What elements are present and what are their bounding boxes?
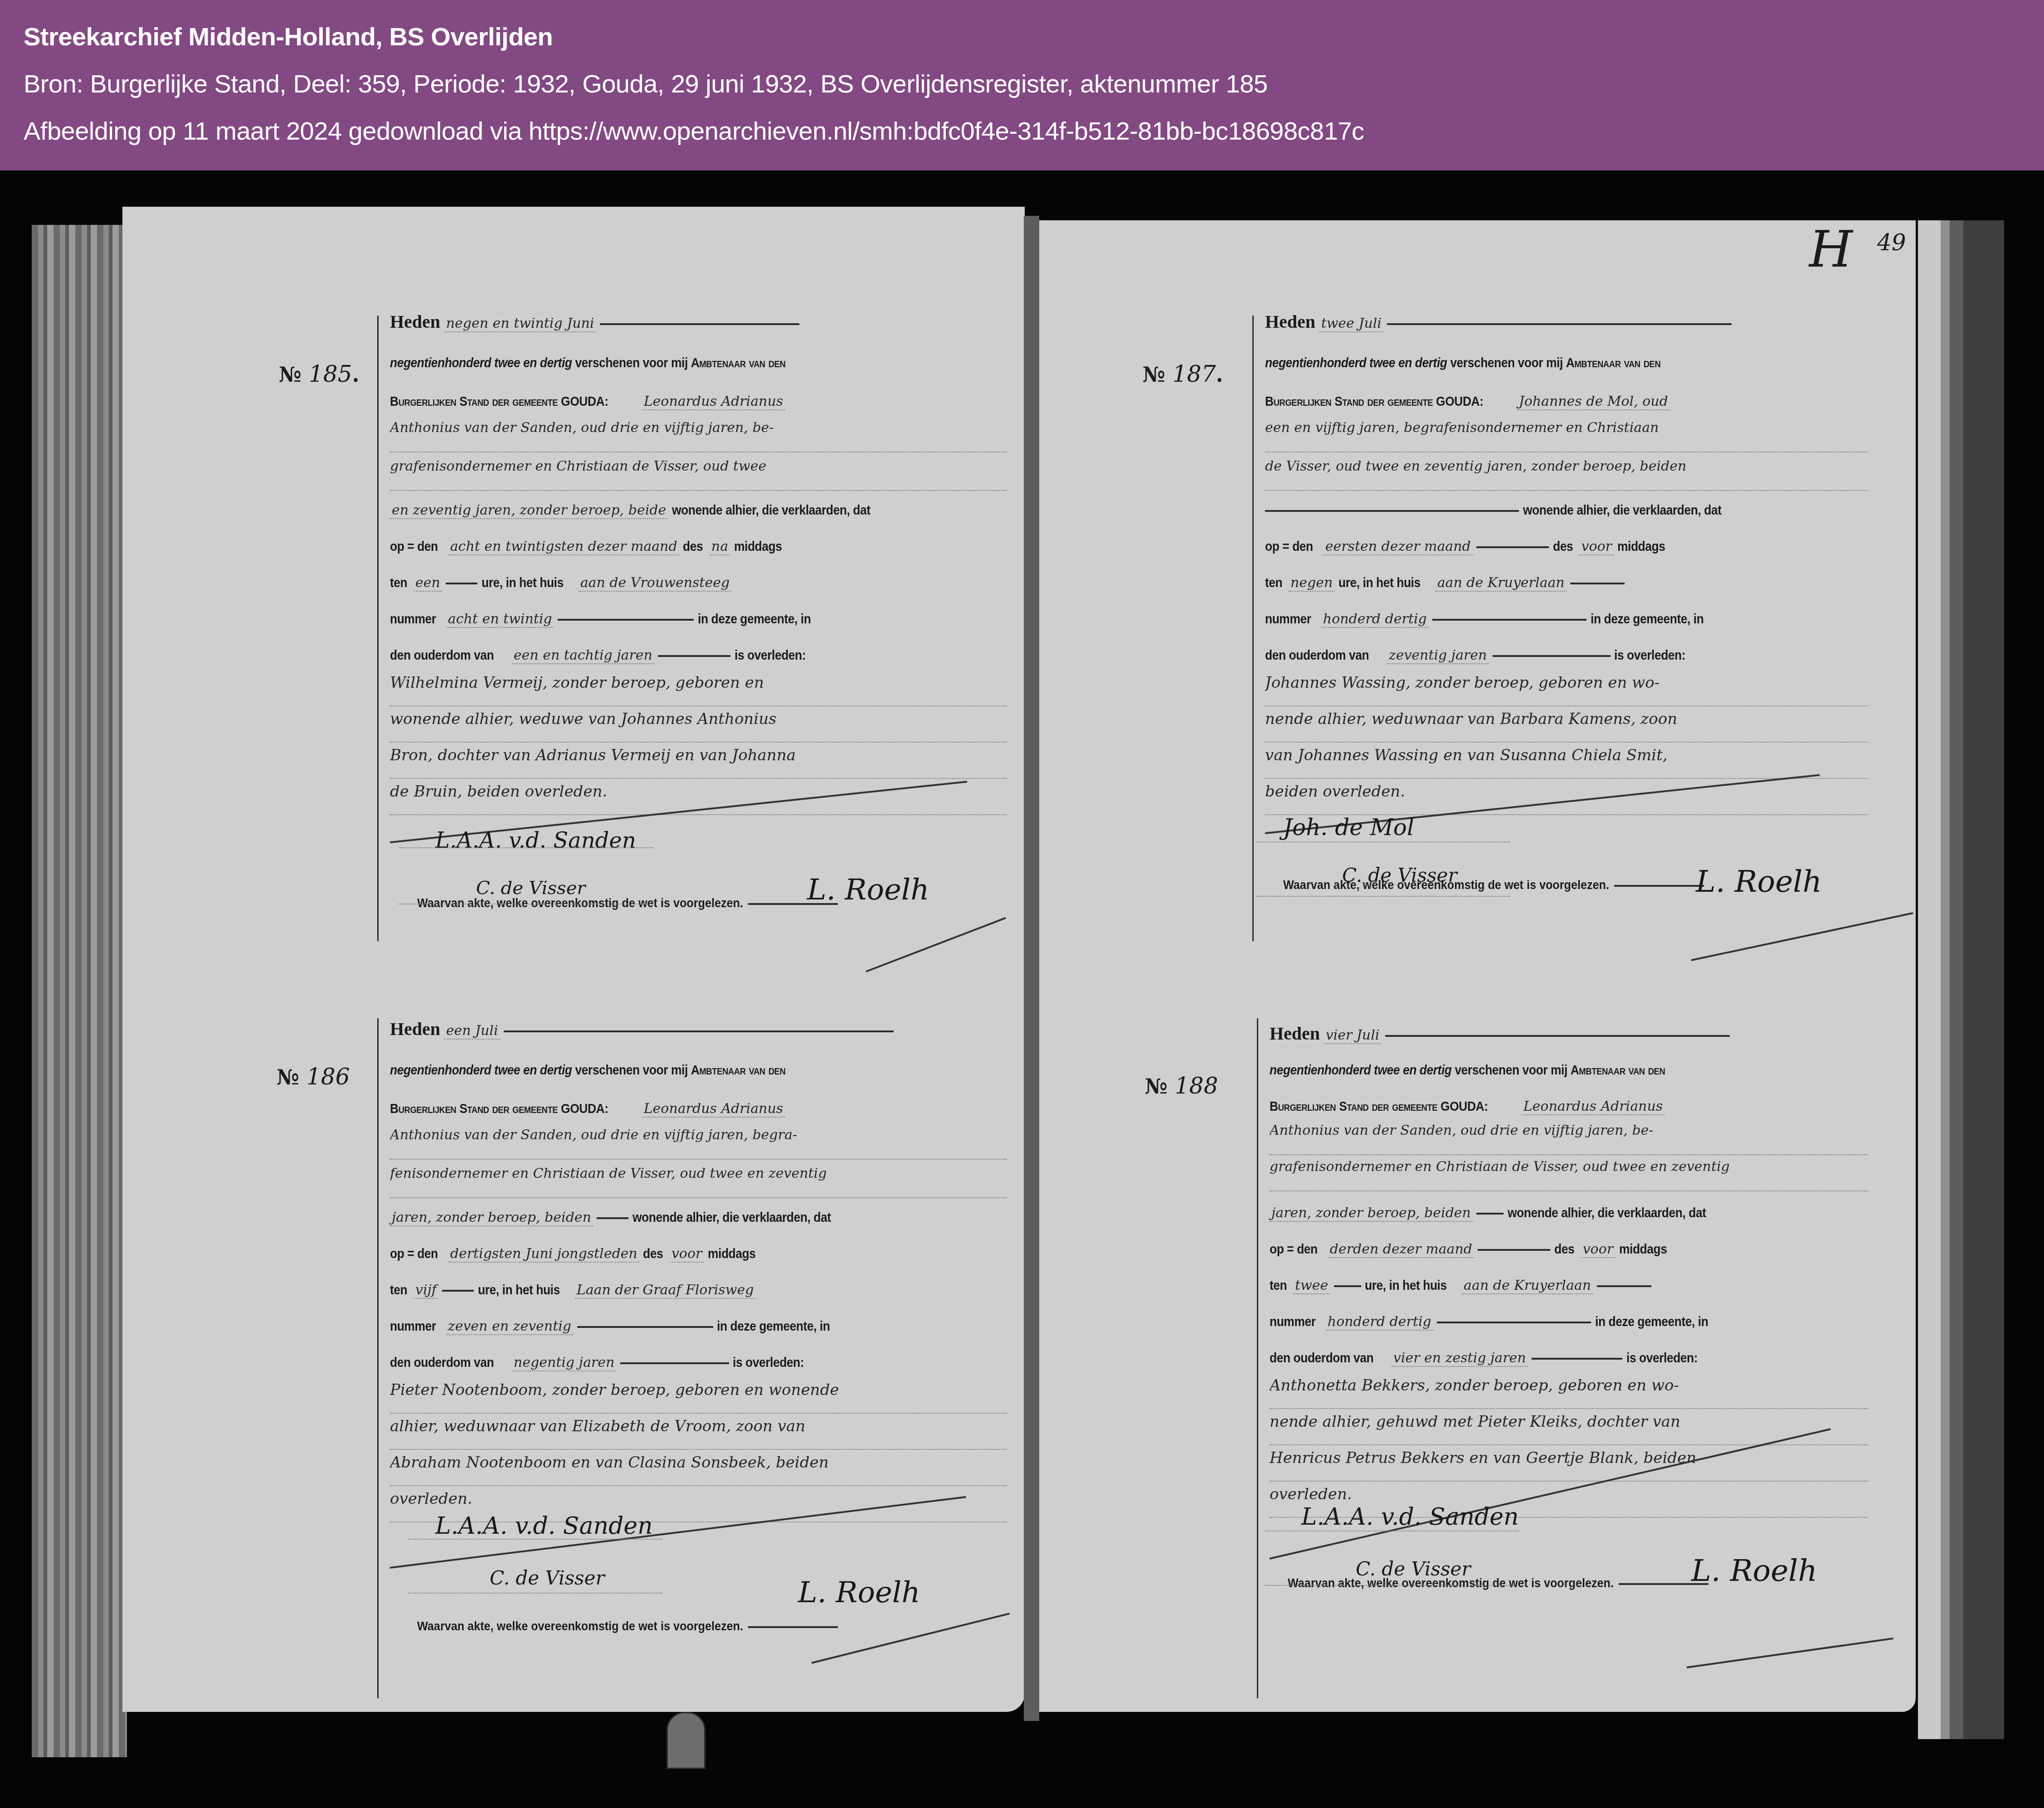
banner-download-link[interactable]: Afbeelding op 11 maart 2024 gedownload v… bbox=[24, 116, 1364, 146]
deceased-text: alhier, weduwnaar van Elizabeth de Vroom… bbox=[390, 1417, 1007, 1450]
declarants-text: de Visser, oud twee en zeventig jaren, z… bbox=[1265, 458, 1868, 491]
death-date-line: op = den acht en twintigsten dezer maand… bbox=[390, 538, 1007, 569]
declarants-text: Anthonius van der Sanden, oud drie en vi… bbox=[1270, 1123, 1868, 1155]
hour-house-line: ten negen ure, in het huis aan de Kruyer… bbox=[1265, 574, 1868, 606]
residence-line: en zeventig jaren, zonder beroep, beide … bbox=[390, 501, 1007, 533]
left-page-edges bbox=[32, 225, 127, 1757]
book-gutter bbox=[1024, 216, 1039, 1721]
declarants-text: grafenisondernemer en Christiaan de Viss… bbox=[390, 458, 1007, 491]
folio-number: 49 bbox=[1877, 229, 1906, 256]
margin-rule bbox=[1252, 316, 1254, 941]
signature-declarant-2: C. de Visser bbox=[1342, 864, 1457, 886]
deceased-text: Bron, dochter van Adrianus Vermeij en va… bbox=[390, 746, 1007, 779]
signature-line bbox=[408, 1539, 662, 1540]
record-number: № 185. bbox=[279, 361, 359, 387]
record-number: № 186 bbox=[277, 1064, 350, 1090]
signature-declarant-2: C. de Visser bbox=[1356, 1558, 1471, 1580]
signature-line bbox=[1265, 1531, 1519, 1531]
closing-formula: Waarvan akte, welke overeenkomstig de we… bbox=[417, 1619, 838, 1633]
deceased-text: van Johannes Wassing en van Susanna Chie… bbox=[1265, 746, 1868, 779]
house-number-line: nummer honderd dertig in deze gemeente, … bbox=[1270, 1313, 1868, 1345]
signature-official: L. Roelh bbox=[1696, 864, 1822, 899]
year-line: negentienhonderd twee en dertig verschen… bbox=[390, 354, 1007, 386]
signature-line bbox=[1265, 1585, 1519, 1586]
house-number-line: nummer zeven en zeventig in deze gemeent… bbox=[390, 1317, 1007, 1349]
declarants-text: Anthonius van der Sanden, oud drie en vi… bbox=[390, 1127, 1007, 1160]
declarants-text: een en vijftig jaren, begrafenisondernem… bbox=[1265, 420, 1868, 452]
signature-declarant-2: C. de Visser bbox=[476, 878, 585, 899]
date-line: Heden twee Juli bbox=[1265, 311, 1868, 343]
archive-banner: Streekarchief Midden-Holland, BS Overlij… bbox=[0, 0, 2044, 170]
hour-house-line: ten vijf ure, in het huis Laan der Graaf… bbox=[390, 1281, 1007, 1313]
deceased-text: Wilhelmina Vermeij, zonder beroep, gebor… bbox=[390, 674, 1007, 706]
record-number: № 187. bbox=[1143, 361, 1223, 387]
bookmark-clip bbox=[667, 1712, 706, 1769]
year-line: negentienhonderd twee en dertig verschen… bbox=[1265, 354, 1868, 386]
hour-house-line: ten een ure, in het huis aan de Vrouwens… bbox=[390, 574, 1007, 606]
margin-rule bbox=[377, 1018, 379, 1698]
record-number: № 188 bbox=[1145, 1073, 1218, 1099]
right-page-edges bbox=[1918, 220, 2004, 1739]
declarants-text: Anthonius van der Sanden, oud drie en vi… bbox=[390, 420, 1007, 452]
death-record-187: № 187. Heden twee Juli negentienhonderd … bbox=[1134, 306, 1873, 941]
deceased-text: beiden overleden. bbox=[1265, 782, 1868, 815]
year-line: negentienhonderd twee en dertig verschen… bbox=[390, 1061, 1007, 1093]
deceased-text: nende alhier, weduwnaar van Barbara Kame… bbox=[1265, 710, 1868, 743]
death-record-185: № 185. Heden negen en twintig Juni negen… bbox=[272, 306, 1016, 941]
register-scan: H 49 № 185. Heden negen en twintig Juni … bbox=[0, 170, 2044, 1808]
signature-line bbox=[1256, 896, 1510, 897]
signature-declarant-2: C. de Visser bbox=[490, 1567, 605, 1589]
signature-declarant-1: L.A.A. v.d. Sanden bbox=[1301, 1503, 1519, 1531]
banner-source: Bron: Burgerlijke Stand, Deel: 359, Peri… bbox=[24, 69, 1268, 98]
residence-line: jaren, zonder beroep, beiden wonende alh… bbox=[390, 1209, 1007, 1240]
signature-official: L. Roelh bbox=[798, 1576, 920, 1609]
residence-line: jaren, zonder beroep, beiden wonende alh… bbox=[1270, 1204, 1868, 1236]
date-line: Heden negen en twintig Juni bbox=[390, 311, 1007, 343]
signature-line bbox=[399, 904, 653, 904]
deceased-text: Henricus Petrus Bekkers en van Geertje B… bbox=[1270, 1449, 1868, 1482]
signature-line bbox=[399, 847, 653, 848]
death-date-line: op = den dertigsten Juni jongstleden des… bbox=[390, 1245, 1007, 1277]
signature-line bbox=[408, 1593, 662, 1594]
death-date-line: op = den derden dezer maand des voor mid… bbox=[1270, 1240, 1868, 1272]
signature-line bbox=[1256, 841, 1510, 842]
date-line: Heden vier Juli bbox=[1270, 1023, 1868, 1055]
deceased-text: Anthonetta Bekkers, zonder beroep, gebor… bbox=[1270, 1376, 1868, 1409]
year-line: negentienhonderd twee en dertig verschen… bbox=[1270, 1061, 1868, 1093]
margin-rule bbox=[1257, 1018, 1258, 1698]
residence-line: wonende alhier, die verklaarden, dat bbox=[1265, 501, 1868, 533]
deceased-text: Abraham Nootenboom en van Clasina Sonsbe… bbox=[390, 1453, 1007, 1486]
hour-house-line: ten twee ure, in het huis aan de Kruyerl… bbox=[1270, 1277, 1868, 1308]
declarants-text: fenisondernemer en Christiaan de Visser,… bbox=[390, 1166, 1007, 1198]
signature-official: L. Roelh bbox=[1691, 1553, 1817, 1588]
signature-official: L. Roelh bbox=[807, 873, 929, 907]
signature-declarant-1: L.A.A. v.d. Sanden bbox=[435, 828, 636, 853]
house-number-line: nummer honderd dertig in deze gemeente, … bbox=[1265, 610, 1868, 642]
date-line: Heden een Juli bbox=[390, 1018, 1007, 1050]
deceased-text: wonende alhier, weduwe van Johannes Anth… bbox=[390, 710, 1007, 743]
death-date-line: op = den eersten dezer maand des voor mi… bbox=[1265, 538, 1868, 569]
page-initial-mark: H bbox=[1809, 220, 1853, 278]
signature-declarant-1: Joh. de Mol bbox=[1283, 814, 1414, 841]
deceased-text: Pieter Nootenboom, zonder beroep, gebore… bbox=[390, 1381, 1007, 1414]
deceased-text: Johannes Wassing, zonder beroep, geboren… bbox=[1265, 674, 1868, 706]
signature-declarant-1: L.A.A. v.d. Sanden bbox=[435, 1512, 653, 1540]
declarants-text: grafenisondernemer en Christiaan de Viss… bbox=[1270, 1159, 1868, 1191]
closing-formula: Waarvan akte, welke overeenkomstig de we… bbox=[1288, 1576, 1708, 1590]
margin-rule bbox=[377, 316, 379, 941]
house-number-line: nummer acht en twintig in deze gemeente,… bbox=[390, 610, 1007, 642]
banner-title: Streekarchief Midden-Holland, BS Overlij… bbox=[24, 22, 553, 51]
